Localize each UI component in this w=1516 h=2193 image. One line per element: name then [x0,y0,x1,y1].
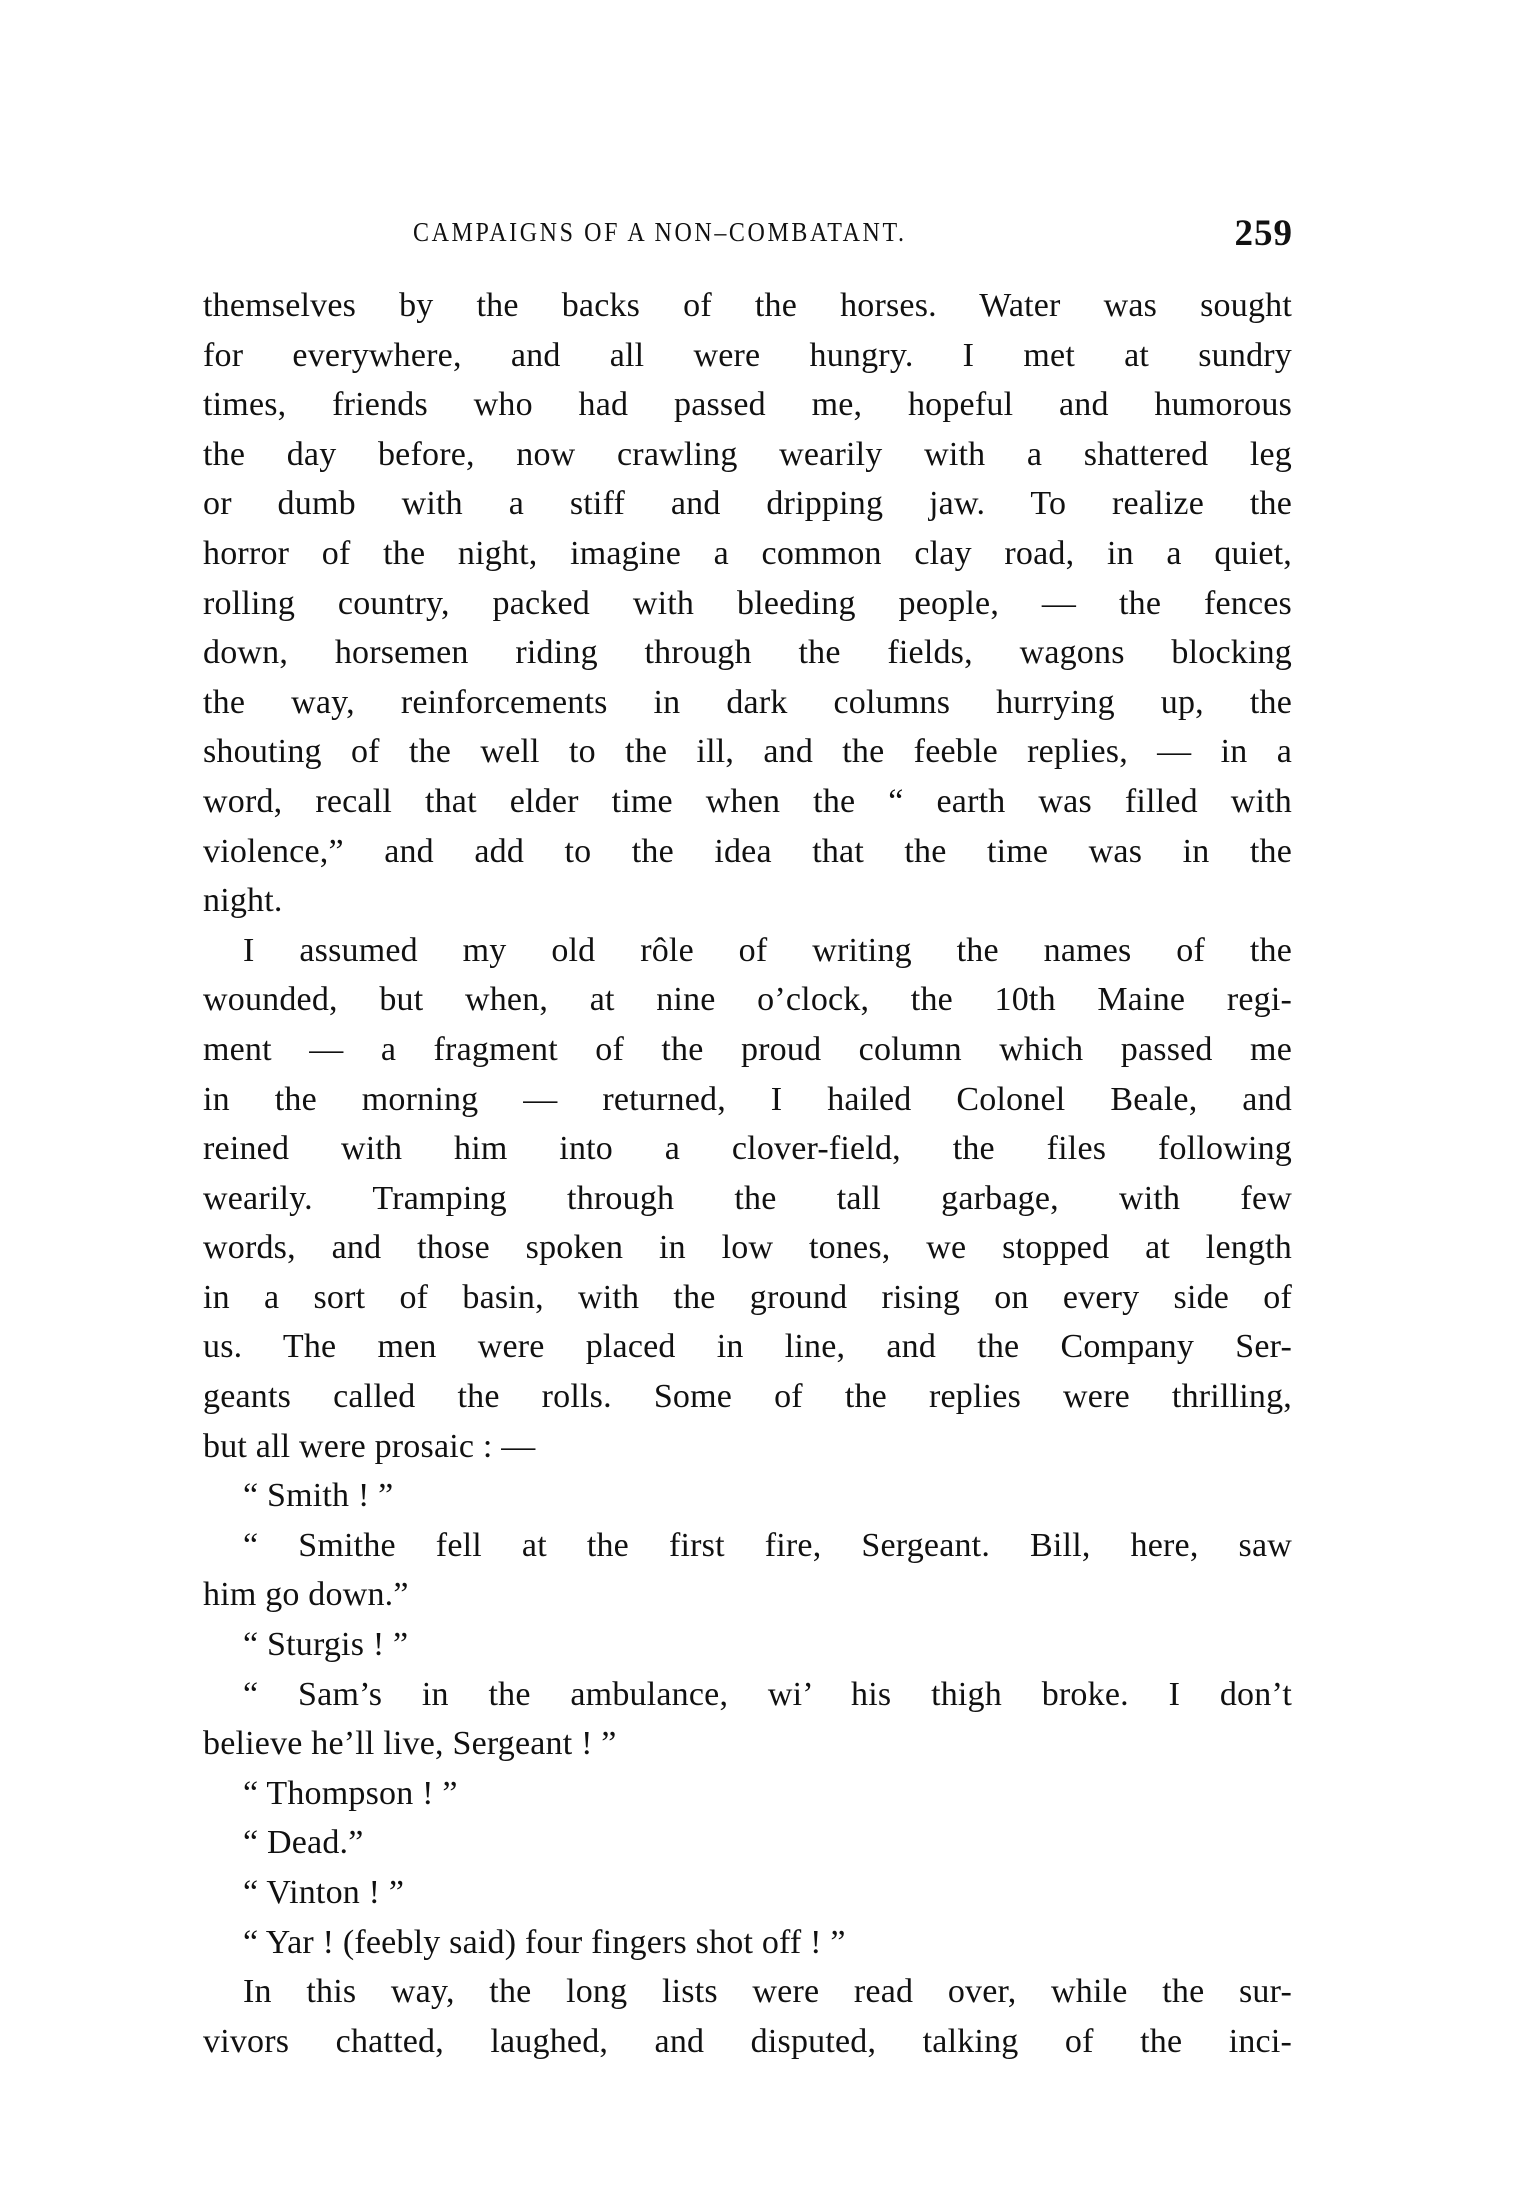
text-line: geants called the rolls. Some of the rep… [203,1372,1292,1422]
text-line: horror of the night, imagine a common cl… [203,529,1292,579]
text-line: the way, reinforcements in dark columns … [203,678,1292,728]
body-text: themselves by the backs of the horses. W… [203,281,1292,2066]
text-line: word, recall that elder time when the “ … [203,777,1292,827]
text-line: for everywhere, and all were hungry. I m… [203,331,1292,381]
running-header: CAMPAIGNS OF A NON–COMBATANT. 259 [203,212,1293,262]
text-line: vivors chatted, laughed, and disputed, t… [203,2017,1292,2067]
text-line: words, and those spoken in low tones, we… [203,1223,1292,1273]
text-line: in the morning — returned, I hailed Colo… [203,1075,1292,1125]
dialogue-line: “ Yar ! (feebly said) four fingers shot … [203,1918,1292,1968]
text-line: down, horsemen riding through the fields… [203,628,1292,678]
dialogue-line: “ Thompson ! ” [203,1769,1292,1819]
text-line: rolling country, packed with bleeding pe… [203,579,1292,629]
dialogue-line: “ Smithe fell at the first fire, Sergean… [203,1521,1292,1571]
dialogue-line: him go down.” [203,1570,1292,1620]
dialogue-line: “ Vinton ! ” [203,1868,1292,1918]
text-line: times, friends who had passed me, hopefu… [203,380,1292,430]
dialogue-line: “ Sturgis ! ” [203,1620,1292,1670]
text-line: in a sort of basin, with the ground risi… [203,1273,1292,1323]
text-line: wounded, but when, at nine o’clock, the … [203,975,1292,1025]
paragraph-start-line: In this way, the long lists were read ov… [203,1967,1292,2017]
text-line: themselves by the backs of the horses. W… [203,281,1292,331]
paragraph-end-line: night. [203,876,1292,926]
text-line: us. The men were placed in line, and the… [203,1322,1292,1372]
text-line: violence,” and add to the idea that the … [203,827,1292,877]
text-line: shouting of the well to the ill, and the… [203,727,1292,777]
text-line: reined with him into a clover-field, the… [203,1124,1292,1174]
text-line: wearily. Tramping through the tall garba… [203,1174,1292,1224]
dialogue-line: “ Smith ! ” [203,1471,1292,1521]
dialogue-line: “ Sam’s in the ambulance, wi’ his thigh … [203,1670,1292,1720]
dialogue-line: believe he’ll live, Sergeant ! ” [203,1719,1292,1769]
page-number: 259 [1235,212,1294,255]
paragraph-start-line: I assumed my old rôle of writing the nam… [203,926,1292,976]
book-page: CAMPAIGNS OF A NON–COMBATANT. 259 themse… [0,0,1516,2193]
running-title: CAMPAIGNS OF A NON–COMBATANT. [413,218,907,249]
dialogue-line: “ Dead.” [203,1818,1292,1868]
text-line: ment — a fragment of the proud column wh… [203,1025,1292,1075]
paragraph-end-line: but all were prosaic : — [203,1422,1292,1472]
text-line: or dumb with a stiff and dripping jaw. T… [203,479,1292,529]
text-line: the day before, now crawling wearily wit… [203,430,1292,480]
